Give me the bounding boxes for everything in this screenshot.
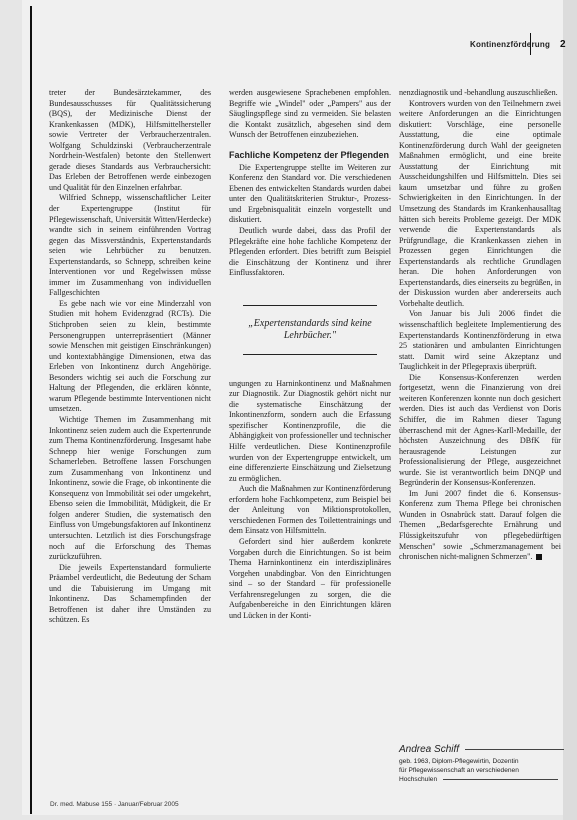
paragraph: Es gebe nach wie vor eine Minderzahl von… — [49, 299, 211, 415]
paragraph: Kontrovers wurden von den Teilnehmern zw… — [399, 99, 561, 310]
author-bio-line: geb. 1963, Diplom-Pflegewirtin, Dozentin — [399, 757, 564, 766]
end-of-article-square-icon — [536, 554, 542, 560]
text-column-2: werden ausgewiesene Sprachebenen empfohl… — [229, 88, 391, 621]
paragraph-final: Im Juni 2007 findet die 6. Konsensus-Kon… — [399, 489, 561, 563]
paragraph: Auch die Maßnahmen zur Kontinenzförderun… — [229, 484, 391, 537]
paragraph: Deutlich wurde dabei, dass das Profil de… — [229, 226, 391, 279]
author-bio-rule — [443, 779, 558, 780]
paragraph: Wichtige Themen im Zusammenhang mit Inko… — [49, 415, 211, 563]
subheading: Fachliche Kompetenz der Pflegenden — [229, 150, 391, 161]
text-column-3: nenzdiagnostik und -behandlung auszuschl… — [399, 88, 561, 563]
page-footer: Dr. med. Mabuse 155 · Januar/Februar 200… — [50, 801, 179, 808]
paragraph: Von Januar bis Juli 2006 findet die wiss… — [399, 309, 561, 372]
author-bio-line: für Pflegewissenschaft an verschiedenen — [399, 766, 564, 775]
paragraph: Gefordert sind hier außerdem konkrete Vo… — [229, 537, 391, 621]
paragraph: werden ausgewiesene Sprachebenen empfohl… — [229, 88, 391, 141]
paragraph: Wilfried Schnepp, wissenschaftlicher Lei… — [49, 193, 211, 298]
paragraph: Die Konsensus-Konferenzen werden fortges… — [399, 373, 561, 489]
page-number: 2 — [560, 39, 566, 50]
section-header: Kontinenzförderung — [470, 40, 550, 49]
author-bio-last-row: Hochschulen — [399, 775, 564, 784]
text-column-1: treter der Bundesärztekammer, des Bundes… — [49, 88, 211, 626]
author-name-row: Andrea Schiff — [399, 744, 564, 755]
paragraph: treter der Bundesärztekammer, des Bundes… — [49, 88, 211, 193]
paragraph-final-text: Im Juni 2007 findet die 6. Konsensus-Kon… — [399, 489, 561, 561]
paragraph: nenzdiagnostik und -behandlung auszuschl… — [399, 88, 561, 99]
header-divider — [530, 33, 531, 55]
paragraph: Die jeweils Expertenstandard formulierte… — [49, 563, 211, 626]
author-name: Andrea Schiff — [399, 744, 459, 755]
page-spine-line — [30, 6, 32, 814]
pull-quote: „Expertenstandards sind keine Lehrbücher… — [243, 305, 377, 355]
author-bio-line: Hochschulen — [399, 775, 437, 784]
paragraph: Die Expertengruppe stellte im Weiteren z… — [229, 163, 391, 226]
facing-page-edge — [563, 0, 577, 820]
author-rule — [465, 749, 564, 750]
author-box: Andrea Schiff geb. 1963, Diplom-Pflegewi… — [399, 744, 564, 784]
paragraph: ungungen zu Harninkontinenz und Maßnahme… — [229, 379, 391, 484]
author-bio: geb. 1963, Diplom-Pflegewirtin, Dozentin… — [399, 757, 564, 784]
